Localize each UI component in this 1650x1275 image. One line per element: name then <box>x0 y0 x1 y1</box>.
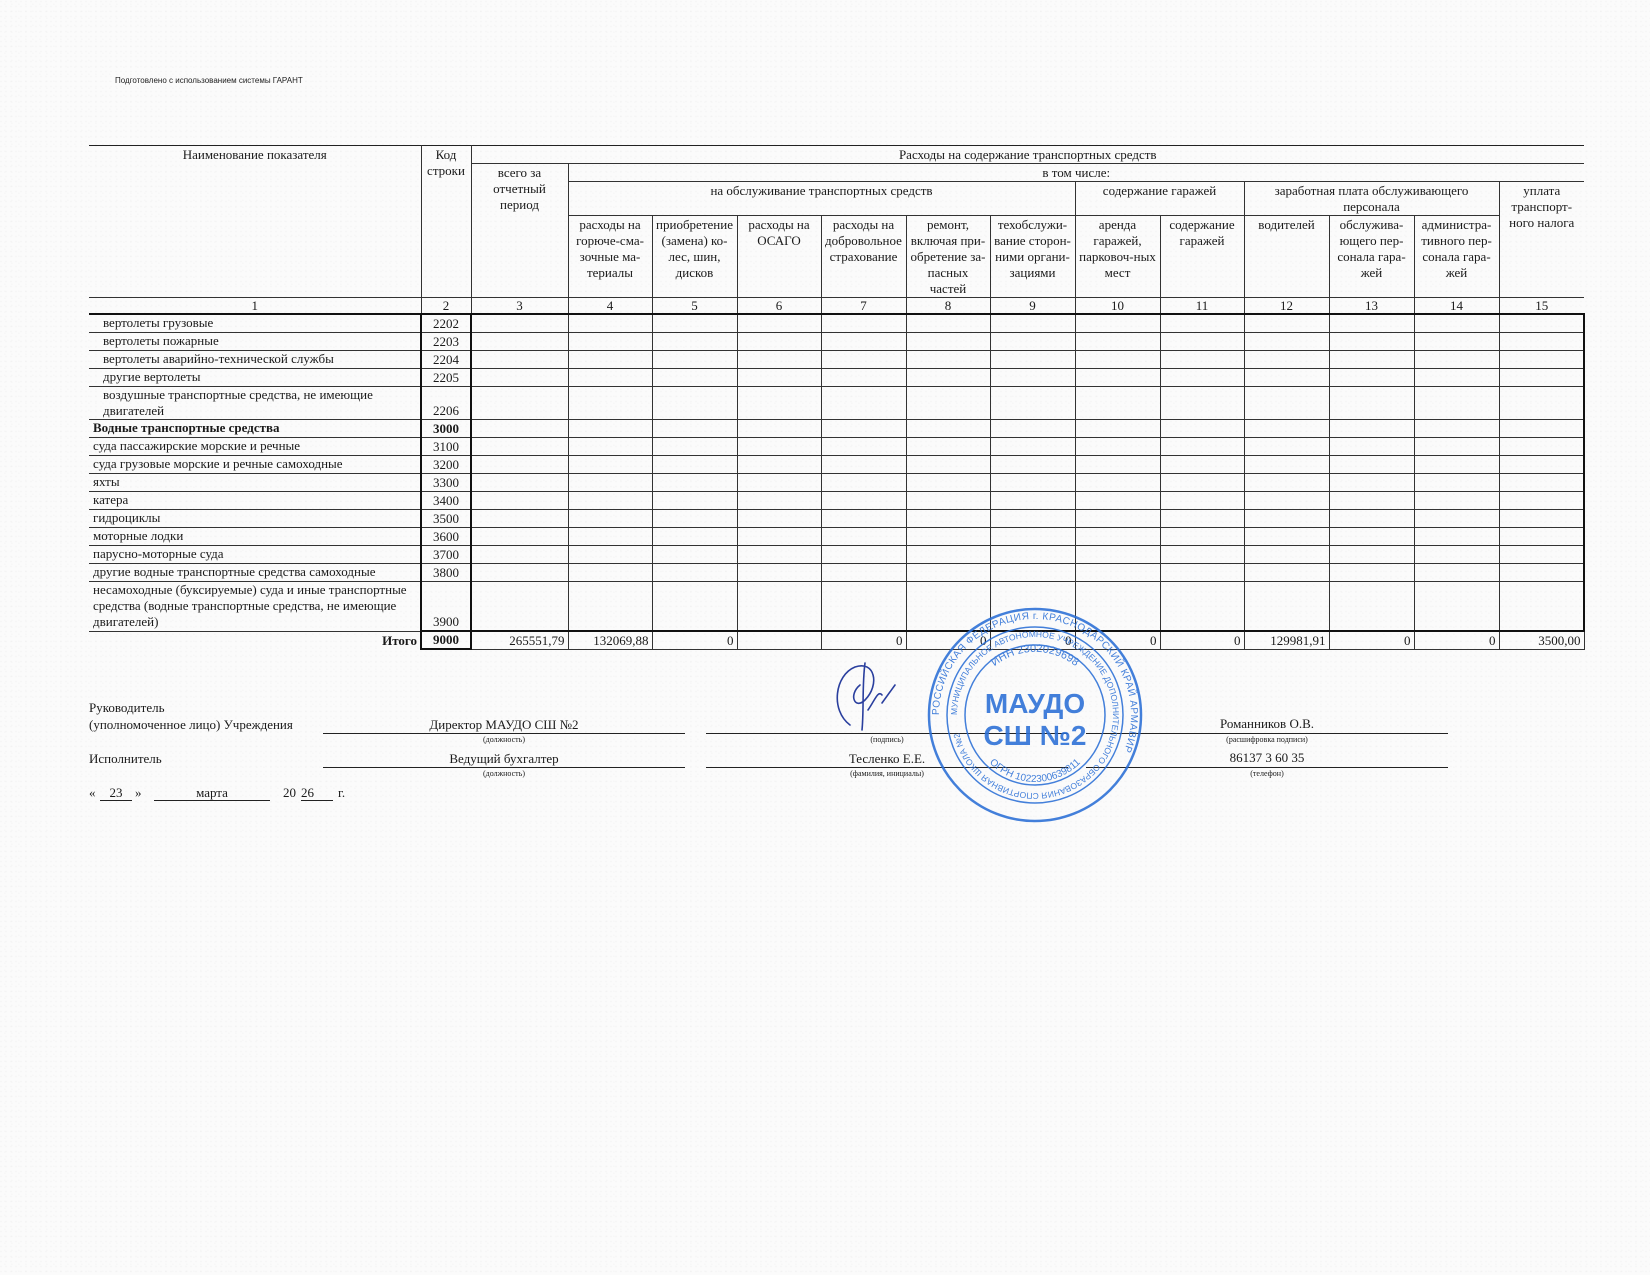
row-value-cell[interactable] <box>737 473 821 491</box>
total-value: 0 <box>1075 631 1160 649</box>
row-value-cell[interactable] <box>821 368 906 386</box>
column-number: 1 <box>89 298 421 315</box>
executor-name-line <box>706 767 1068 768</box>
caption-decoding: (расшифровка подписи) <box>1086 735 1448 744</box>
row-value-cell[interactable] <box>737 581 821 631</box>
row-code: 3000 <box>421 419 471 437</box>
table-row: Водные транспортные средства3000 <box>89 419 1584 437</box>
row-value-cell[interactable] <box>652 386 737 419</box>
total-value: 0 <box>1160 631 1244 649</box>
row-value-cell[interactable] <box>568 581 652 631</box>
row-value-cell[interactable] <box>737 350 821 368</box>
date-year-label: г. <box>338 785 345 801</box>
row-value-cell[interactable] <box>1329 386 1414 419</box>
executor-phone: 86137 3 60 35 <box>1086 750 1448 766</box>
table-row: вертолеты пожарные2203 <box>89 332 1584 350</box>
row-value-cell[interactable] <box>652 491 737 509</box>
row-value-cell[interactable] <box>1244 419 1329 437</box>
row-value-cell[interactable] <box>1329 509 1414 527</box>
table-row: катера3400 <box>89 491 1584 509</box>
transport-expenses-table: Наименование показателя Код строки Расхо… <box>89 145 1585 650</box>
row-value-cell[interactable] <box>1244 437 1329 455</box>
row-value-cell[interactable] <box>990 386 1075 419</box>
row-name: катера <box>89 491 421 509</box>
row-value-cell[interactable] <box>568 527 652 545</box>
table-row: суда пассажирские морские и речные3100 <box>89 437 1584 455</box>
row-code: 3200 <box>421 455 471 473</box>
row-value-cell[interactable] <box>906 581 990 631</box>
row-value-cell[interactable] <box>906 509 990 527</box>
header-garage-staff: обслужива-ющего пер-сонала гара-жей <box>1329 216 1414 298</box>
row-value-cell[interactable] <box>568 563 652 581</box>
row-value-cell[interactable] <box>1075 491 1160 509</box>
row-value-cell[interactable] <box>906 419 990 437</box>
row-value-cell[interactable] <box>906 455 990 473</box>
row-value-cell[interactable] <box>1329 545 1414 563</box>
row-value-cell[interactable] <box>1075 563 1160 581</box>
row-code: 3600 <box>421 527 471 545</box>
row-value-cell[interactable] <box>1075 368 1160 386</box>
row-code: 3400 <box>421 491 471 509</box>
row-value-cell[interactable] <box>1244 368 1329 386</box>
row-value-cell[interactable] <box>652 473 737 491</box>
row-value-cell[interactable] <box>1160 527 1244 545</box>
row-value-cell[interactable] <box>1244 350 1329 368</box>
row-name: вертолеты аварийно-технической службы <box>89 350 421 368</box>
row-value-cell[interactable] <box>1244 473 1329 491</box>
row-value-cell[interactable] <box>1160 473 1244 491</box>
row-value-cell[interactable] <box>471 527 568 545</box>
column-number: 5 <box>652 298 737 315</box>
row-value-cell[interactable] <box>1499 473 1584 491</box>
row-value-cell[interactable] <box>1244 455 1329 473</box>
table-row: воздушные транспортные средства, не имею… <box>89 386 1584 419</box>
row-value-cell[interactable] <box>1075 455 1160 473</box>
total-value: 3500,00 <box>1499 631 1584 649</box>
row-value-cell[interactable] <box>906 332 990 350</box>
row-value-cell[interactable] <box>737 368 821 386</box>
row-value-cell[interactable] <box>906 314 990 332</box>
header-tax: уплата транспорт-ного налога <box>1499 182 1584 298</box>
row-value-cell[interactable] <box>568 455 652 473</box>
row-value-cell[interactable] <box>1499 527 1584 545</box>
row-value-cell[interactable] <box>737 455 821 473</box>
header-code: Код строки <box>421 146 471 298</box>
column-numbers-row: 123456789101112131415 <box>89 298 1584 315</box>
head-position-line <box>323 733 685 734</box>
row-value-cell[interactable] <box>906 386 990 419</box>
row-value-cell[interactable] <box>568 491 652 509</box>
column-number: 8 <box>906 298 990 315</box>
row-value-cell[interactable] <box>568 368 652 386</box>
header-fuel: расходы на горюче-сма-зочные ма-териалы <box>568 216 652 298</box>
row-value-cell[interactable] <box>1499 491 1584 509</box>
row-value-cell[interactable] <box>821 419 906 437</box>
row-value-cell[interactable] <box>1414 473 1499 491</box>
row-value-cell[interactable] <box>471 455 568 473</box>
row-code: 3800 <box>421 563 471 581</box>
row-value-cell[interactable] <box>1244 332 1329 350</box>
row-value-cell[interactable] <box>990 491 1075 509</box>
row-name: моторные лодки <box>89 527 421 545</box>
row-value-cell[interactable] <box>990 332 1075 350</box>
row-value-cell[interactable] <box>1414 563 1499 581</box>
handwritten-signature <box>820 655 910 735</box>
row-value-cell[interactable] <box>1160 332 1244 350</box>
row-value-cell[interactable] <box>821 563 906 581</box>
row-value-cell[interactable] <box>1499 419 1584 437</box>
row-name: гидроциклы <box>89 509 421 527</box>
row-value-cell[interactable] <box>568 314 652 332</box>
row-value-cell[interactable] <box>1160 419 1244 437</box>
column-number: 6 <box>737 298 821 315</box>
row-value-cell[interactable] <box>471 368 568 386</box>
row-value-cell[interactable] <box>737 419 821 437</box>
row-value-cell[interactable] <box>821 437 906 455</box>
row-value-cell[interactable] <box>1075 509 1160 527</box>
row-value-cell[interactable] <box>1499 314 1584 332</box>
row-value-cell[interactable] <box>1329 437 1414 455</box>
header-garage-group: содержание гаражей <box>1075 182 1244 216</box>
row-value-cell[interactable] <box>1499 563 1584 581</box>
row-value-cell[interactable] <box>1499 368 1584 386</box>
row-value-cell[interactable] <box>1160 581 1244 631</box>
row-name: яхты <box>89 473 421 491</box>
table-row: другие водные транспортные средства само… <box>89 563 1584 581</box>
date-year-prefix: 20 <box>283 785 296 801</box>
row-value-cell[interactable] <box>737 491 821 509</box>
row-value-cell[interactable] <box>737 563 821 581</box>
row-value-cell[interactable] <box>1244 314 1329 332</box>
row-value-cell[interactable] <box>906 545 990 563</box>
table-row: парусно-моторные суда3700 <box>89 545 1584 563</box>
total-value: 0 <box>1414 631 1499 649</box>
row-value-cell[interactable] <box>1414 419 1499 437</box>
row-value-cell[interactable] <box>1499 332 1584 350</box>
row-value-cell[interactable] <box>990 368 1075 386</box>
row-value-cell[interactable] <box>737 332 821 350</box>
date-day: 23 <box>100 785 132 801</box>
table-row: гидроциклы3500 <box>89 509 1584 527</box>
row-code: 2203 <box>421 332 471 350</box>
row-value-cell[interactable] <box>471 563 568 581</box>
row-value-cell[interactable] <box>1414 386 1499 419</box>
row-value-cell[interactable] <box>652 419 737 437</box>
caption-phone: (телефон) <box>1086 769 1448 778</box>
row-value-cell[interactable] <box>1160 455 1244 473</box>
row-name: парусно-моторные суда <box>89 545 421 563</box>
row-value-cell[interactable] <box>471 332 568 350</box>
date-open-quote: « <box>89 785 96 801</box>
row-value-cell[interactable] <box>990 314 1075 332</box>
total-value: 0 <box>821 631 906 649</box>
row-value-cell[interactable] <box>568 545 652 563</box>
row-value-cell[interactable] <box>1414 314 1499 332</box>
row-value-cell[interactable] <box>652 509 737 527</box>
caption-signature: (подпись) <box>706 735 1068 744</box>
row-value-cell[interactable] <box>990 527 1075 545</box>
row-value-cell[interactable] <box>1160 368 1244 386</box>
row-value-cell[interactable] <box>1244 491 1329 509</box>
head-position: Директор МАУДО СШ №2 <box>323 717 685 733</box>
row-value-cell[interactable] <box>990 545 1075 563</box>
row-value-cell[interactable] <box>821 350 906 368</box>
row-value-cell[interactable] <box>1414 437 1499 455</box>
row-value-cell[interactable] <box>568 332 652 350</box>
row-value-cell[interactable] <box>1329 527 1414 545</box>
row-value-cell[interactable] <box>1414 455 1499 473</box>
row-value-cell[interactable] <box>1244 527 1329 545</box>
row-value-cell[interactable] <box>1329 314 1414 332</box>
row-value-cell[interactable] <box>990 437 1075 455</box>
row-value-cell[interactable] <box>471 350 568 368</box>
row-value-cell[interactable] <box>471 314 568 332</box>
row-value-cell[interactable] <box>1160 545 1244 563</box>
column-number: 13 <box>1329 298 1414 315</box>
row-value-cell[interactable] <box>1075 386 1160 419</box>
row-value-cell[interactable] <box>821 509 906 527</box>
row-value-cell[interactable] <box>1244 563 1329 581</box>
header-garage-rent: аренда гаражей, парковоч-ных мест <box>1075 216 1160 298</box>
row-code: 3900 <box>421 581 471 631</box>
caption-executor-position: (должность) <box>323 769 685 778</box>
row-value-cell[interactable] <box>1499 350 1584 368</box>
row-value-cell[interactable] <box>1499 386 1584 419</box>
row-value-cell[interactable] <box>1329 455 1414 473</box>
row-value-cell[interactable] <box>906 473 990 491</box>
row-code: 2206 <box>421 386 471 419</box>
row-value-cell[interactable] <box>906 368 990 386</box>
header-voluntary: расходы на добровольное страхование <box>821 216 906 298</box>
header-garage-upkeep: содержание гаражей <box>1160 216 1244 298</box>
row-value-cell[interactable] <box>1160 314 1244 332</box>
row-name: воздушные транспортные средства, не имею… <box>89 386 421 419</box>
column-number: 11 <box>1160 298 1244 315</box>
header-expenses-group: Расходы на содержание транспортных средс… <box>471 146 1584 164</box>
table-row: другие вертолеты2205 <box>89 368 1584 386</box>
column-number: 14 <box>1414 298 1499 315</box>
row-value-cell[interactable] <box>1075 473 1160 491</box>
header-salary-group: заработная плата обслуживающего персонал… <box>1244 182 1499 216</box>
row-value-cell[interactable] <box>1075 527 1160 545</box>
header-osago: расходы на ОСАГО <box>737 216 821 298</box>
row-value-cell[interactable] <box>1329 368 1414 386</box>
row-value-cell[interactable] <box>1329 563 1414 581</box>
row-code: 3500 <box>421 509 471 527</box>
total-label: Итого <box>89 631 421 649</box>
row-value-cell[interactable] <box>471 581 568 631</box>
garant-note: Подготовлено с использованием системы ГА… <box>115 76 303 85</box>
row-value-cell[interactable] <box>471 437 568 455</box>
row-value-cell[interactable] <box>821 491 906 509</box>
row-value-cell[interactable] <box>1414 332 1499 350</box>
row-value-cell[interactable] <box>1414 545 1499 563</box>
total-value: 265551,79 <box>471 631 568 649</box>
row-value-cell[interactable] <box>1499 581 1584 631</box>
row-code: 3700 <box>421 545 471 563</box>
row-code: 2204 <box>421 350 471 368</box>
row-value-cell[interactable] <box>1244 545 1329 563</box>
head-name: Романников О.В. <box>1086 716 1448 732</box>
row-value-cell[interactable] <box>1244 509 1329 527</box>
row-value-cell[interactable] <box>990 581 1075 631</box>
row-value-cell[interactable] <box>906 437 990 455</box>
row-value-cell[interactable] <box>568 509 652 527</box>
row-value-cell[interactable] <box>906 491 990 509</box>
row-value-cell[interactable] <box>906 563 990 581</box>
row-value-cell[interactable] <box>652 332 737 350</box>
row-name: суда пассажирские морские и речные <box>89 437 421 455</box>
row-value-cell[interactable] <box>1244 581 1329 631</box>
row-value-cell[interactable] <box>652 350 737 368</box>
row-value-cell[interactable] <box>990 419 1075 437</box>
row-value-cell[interactable] <box>1075 332 1160 350</box>
row-value-cell[interactable] <box>568 350 652 368</box>
header-service-group: на обслуживание транспортных средств <box>568 182 1075 216</box>
header-total-period: всего за отчетный период <box>471 164 568 298</box>
row-value-cell[interactable] <box>1499 455 1584 473</box>
total-row: Итого9000265551,79132069,88000000129981,… <box>89 631 1584 649</box>
total-value: 132069,88 <box>568 631 652 649</box>
row-value-cell[interactable] <box>471 473 568 491</box>
row-value-cell[interactable] <box>471 386 568 419</box>
row-value-cell[interactable] <box>821 545 906 563</box>
header-drivers: водителей <box>1244 216 1329 298</box>
row-value-cell[interactable] <box>471 419 568 437</box>
row-value-cell[interactable] <box>1329 491 1414 509</box>
total-code: 9000 <box>421 631 471 649</box>
row-value-cell[interactable] <box>1075 581 1160 631</box>
row-value-cell[interactable] <box>737 314 821 332</box>
row-value-cell[interactable] <box>1329 473 1414 491</box>
row-value-cell[interactable] <box>906 527 990 545</box>
row-value-cell[interactable] <box>652 437 737 455</box>
row-value-cell[interactable] <box>1244 386 1329 419</box>
row-value-cell[interactable] <box>568 473 652 491</box>
row-value-cell[interactable] <box>1075 314 1160 332</box>
row-name: вертолеты пожарные <box>89 332 421 350</box>
header-name: Наименование показателя <box>89 146 421 298</box>
executor-label: Исполнитель <box>89 751 162 767</box>
header-repair: ремонт, включая при-обретение за-пасных … <box>906 216 990 298</box>
row-name: суда грузовые морские и речные самоходны… <box>89 455 421 473</box>
executor-name: Тесленко Е.Е. <box>706 751 1068 767</box>
row-value-cell[interactable] <box>737 437 821 455</box>
total-value: 129981,91 <box>1244 631 1329 649</box>
table-row: вертолеты грузовые2202 <box>89 314 1584 332</box>
row-value-cell[interactable] <box>1160 350 1244 368</box>
row-value-cell[interactable] <box>990 455 1075 473</box>
row-value-cell[interactable] <box>1329 581 1414 631</box>
row-value-cell[interactable] <box>568 437 652 455</box>
row-value-cell[interactable] <box>1329 350 1414 368</box>
row-value-cell[interactable] <box>821 455 906 473</box>
row-value-cell[interactable] <box>906 350 990 368</box>
row-code: 2205 <box>421 368 471 386</box>
row-value-cell[interactable] <box>652 527 737 545</box>
row-value-cell[interactable] <box>1160 509 1244 527</box>
row-value-cell[interactable] <box>1329 332 1414 350</box>
row-value-cell[interactable] <box>737 545 821 563</box>
table-row: суда грузовые морские и речные самоходны… <box>89 455 1584 473</box>
date-close-quote: » <box>135 785 142 801</box>
row-value-cell[interactable] <box>652 368 737 386</box>
row-value-cell[interactable] <box>821 332 906 350</box>
header-tires: приобретение (замена) ко-лес, шин, диско… <box>652 216 737 298</box>
row-value-cell[interactable] <box>1075 545 1160 563</box>
row-value-cell[interactable] <box>737 509 821 527</box>
row-value-cell[interactable] <box>1075 437 1160 455</box>
executor-position: Ведущий бухгалтер <box>323 751 685 767</box>
row-value-cell[interactable] <box>1414 491 1499 509</box>
header-admin-staff: администра-тивного пер-сонала гара-жей <box>1414 216 1499 298</box>
row-value-cell[interactable] <box>471 491 568 509</box>
row-value-cell[interactable] <box>821 314 906 332</box>
row-value-cell[interactable] <box>821 581 906 631</box>
row-value-cell[interactable] <box>1075 350 1160 368</box>
table-row: несамоходные (буксируемые) суда и иные т… <box>89 581 1584 631</box>
row-value-cell[interactable] <box>1414 350 1499 368</box>
row-value-cell[interactable] <box>652 581 737 631</box>
row-value-cell[interactable] <box>1499 545 1584 563</box>
row-value-cell[interactable] <box>1414 368 1499 386</box>
column-number: 7 <box>821 298 906 315</box>
row-value-cell[interactable] <box>568 419 652 437</box>
row-code: 2202 <box>421 314 471 332</box>
row-value-cell[interactable] <box>471 509 568 527</box>
row-value-cell[interactable] <box>737 386 821 419</box>
executor-phone-line <box>1086 767 1448 768</box>
total-value <box>737 631 821 649</box>
row-value-cell[interactable] <box>1499 509 1584 527</box>
caption-name: (фамилия, инициалы) <box>706 769 1068 778</box>
row-value-cell[interactable] <box>1329 419 1414 437</box>
row-value-cell[interactable] <box>821 527 906 545</box>
row-value-cell[interactable] <box>990 563 1075 581</box>
column-number: 12 <box>1244 298 1329 315</box>
row-value-cell[interactable] <box>1075 419 1160 437</box>
row-name: несамоходные (буксируемые) суда и иные т… <box>89 581 421 631</box>
row-value-cell[interactable] <box>1160 563 1244 581</box>
table-row: вертолеты аварийно-технической службы220… <box>89 350 1584 368</box>
row-value-cell[interactable] <box>471 545 568 563</box>
row-value-cell[interactable] <box>990 509 1075 527</box>
row-value-cell[interactable] <box>1499 437 1584 455</box>
table-row: яхты3300 <box>89 473 1584 491</box>
row-value-cell[interactable] <box>990 350 1075 368</box>
row-value-cell[interactable] <box>737 527 821 545</box>
row-value-cell[interactable] <box>652 314 737 332</box>
row-value-cell[interactable] <box>652 455 737 473</box>
column-number: 15 <box>1499 298 1584 315</box>
row-value-cell[interactable] <box>1414 527 1499 545</box>
row-value-cell[interactable] <box>652 563 737 581</box>
row-value-cell[interactable] <box>1414 509 1499 527</box>
row-value-cell[interactable] <box>821 473 906 491</box>
row-value-cell[interactable] <box>652 545 737 563</box>
row-name: другие водные транспортные средства само… <box>89 563 421 581</box>
head-label-2: (уполномоченное лицо) Учреждения <box>89 717 293 733</box>
row-value-cell[interactable] <box>568 386 652 419</box>
row-value-cell[interactable] <box>990 473 1075 491</box>
row-value-cell[interactable] <box>1160 491 1244 509</box>
row-value-cell[interactable] <box>1160 386 1244 419</box>
row-value-cell[interactable] <box>1414 581 1499 631</box>
row-value-cell[interactable] <box>821 386 906 419</box>
header-including: в том числе: <box>568 164 1584 182</box>
total-value: 0 <box>1329 631 1414 649</box>
row-value-cell[interactable] <box>1160 437 1244 455</box>
